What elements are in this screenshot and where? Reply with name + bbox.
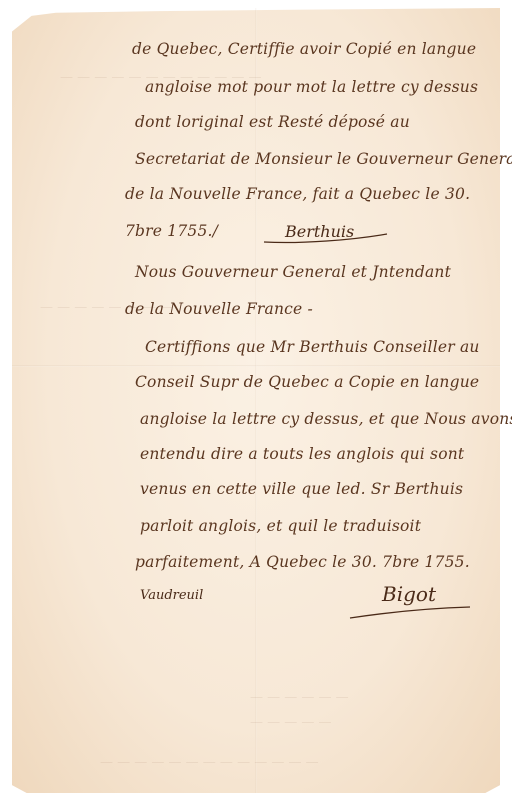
text-line: dont loriginal est Resté déposé au <box>135 113 410 131</box>
text-line: de la Nouvelle France, fait a Quebec le … <box>125 185 470 203</box>
text-line: angloise mot pour mot la lettre cy dessu… <box>145 78 478 96</box>
text-line: de la Nouvelle France - <box>125 300 313 318</box>
text-line: Nous Gouverneur General et Jntendant <box>135 263 451 281</box>
text-line: Certiffions que Mr Berthuis Conseiller a… <box>145 338 480 356</box>
text-line: de Quebec, Certiffie avoir Copié en lang… <box>132 40 476 58</box>
text-line: venus en cette ville que led. Sr Berthui… <box>140 480 463 498</box>
text-line: parloit anglois, et quil le traduisoit <box>140 517 421 535</box>
text-line: Secretariat de Monsieur le Gouverneur Ge… <box>135 150 512 168</box>
letter-body: de Quebec, Certiffie avoir Copié en lang… <box>0 0 512 800</box>
text-line: angloise la lettre cy dessus, et que Nou… <box>140 410 512 428</box>
text-line: 7bre 1755./ <box>125 222 218 240</box>
signature-flourish <box>345 598 475 622</box>
text-line: parfaitement, A Quebec le 30. 7bre 1755. <box>135 553 470 571</box>
text-line: entendu dire a touts les anglois qui son… <box>140 445 464 463</box>
text-line: Conseil Supr de Quebec a Copie en langue <box>135 373 479 391</box>
signature-flourish <box>262 228 392 248</box>
signature-vaudreuil: Vaudreuil <box>140 588 203 603</box>
